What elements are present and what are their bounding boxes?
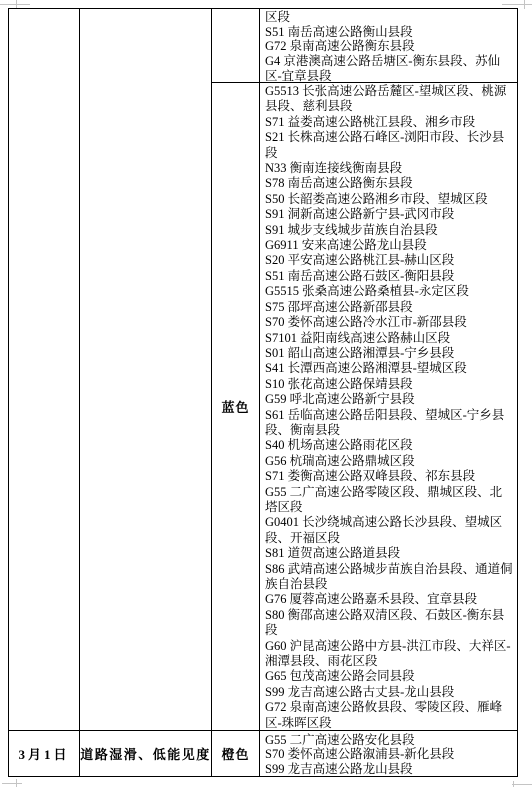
road-segment: S50 长韶娄高速公路湘乡市段、望城区段 bbox=[265, 192, 514, 207]
page-corner-mark-bottom-left-h bbox=[2, 783, 22, 784]
road-segment: G76 厦蓉高速公路嘉禾县段、宜章县段 bbox=[265, 592, 514, 607]
road-segment: S91 洞新高速公路新宁县-武冈市段 bbox=[265, 207, 514, 222]
road-segment: G56 杭瑞高速公路鼎城区段 bbox=[265, 454, 514, 469]
road-segment: S99 龙吉高速公路龙山县段 bbox=[265, 762, 514, 776]
road-segment: G0401 长沙绕城高速公路长沙县段、望城区段、开福区段 bbox=[265, 515, 514, 546]
road-segment: S91 城步支线城步苗族自治县段 bbox=[265, 223, 514, 238]
road-segment: S40 机场高速公路雨花区段 bbox=[265, 438, 514, 453]
road-segment: S51 南岳高速公路衡山县段 bbox=[265, 25, 514, 40]
road-segment: 区段 bbox=[265, 10, 514, 25]
road-segment: S41 长潭西高速公路湘潭县-望城区段 bbox=[265, 361, 514, 376]
cell-road-list-orange: G55 二广高速公路安化县段S70 娄怀高速公路溆浦县-新化县段S99 龙吉高速… bbox=[260, 731, 517, 776]
cell-alert-level-orange: 橙色 bbox=[212, 731, 260, 776]
cell-weather-type-merged-empty bbox=[80, 9, 212, 731]
road-segment: G5513 长张高速公路岳麓区-望城区段、桃源县段、慈利县段 bbox=[265, 84, 514, 115]
cell-date-merged-empty bbox=[9, 9, 80, 731]
road-segment: S71 娄衡高速公路双峰县段、祁东县段 bbox=[265, 469, 514, 484]
road-segment: S99 龙吉高速公路古丈县-龙山县段 bbox=[265, 685, 514, 700]
road-segment: S61 岳临高速公路岳阳县段、望城区-宁乡县段、衡南县段 bbox=[265, 408, 514, 439]
road-segment: G60 沪昆高速公路中方县-洪江市段、大祥区-湘潭县段、雨花区段 bbox=[265, 639, 514, 670]
page-corner-mark-top-right-h bbox=[502, 4, 532, 5]
road-segment: S70 娄怀高速公路冷水江市-新邵县段 bbox=[265, 315, 514, 330]
page-corner-mark-bottom-right-v bbox=[513, 781, 514, 787]
road-segment: S75 邵坪高速公路新邵县段 bbox=[265, 300, 514, 315]
cell-road-list-continuation: 区段S51 南岳高速公路衡山县段G72 泉南高速公路衡东县段G4 京港澳高速公路… bbox=[260, 9, 517, 83]
page-corner-mark-top-right-v bbox=[524, 0, 525, 9]
road-segment: S70 娄怀高速公路溆浦县-新化县段 bbox=[265, 747, 514, 761]
alert-level-label-blue: 蓝色 bbox=[221, 397, 249, 416]
road-segment: N33 衡南连接线衡南县段 bbox=[265, 161, 514, 176]
road-segment: G72 泉南高速公路衡东县段 bbox=[265, 39, 514, 54]
cell-alert-level-continuation bbox=[212, 9, 260, 83]
weather-type-label: 道路湿滑、低能见度 bbox=[80, 744, 211, 763]
document-page: { "document": { "background": "#ffffff",… bbox=[0, 0, 532, 787]
road-segment: S81 道贺高速公路道县段 bbox=[265, 546, 514, 561]
road-segment: G72 泉南高速公路攸县段、零陵区段、雁峰区-珠晖区段 bbox=[265, 700, 514, 731]
road-segment: G4 京港澳高速公路岳塘区-衡东县段、苏仙区-宜章县段 bbox=[265, 54, 514, 83]
road-segment: G59 呼北高速公路新宁县段 bbox=[265, 392, 514, 407]
alert-level-label-orange: 橙色 bbox=[221, 744, 249, 763]
alert-table: 区段S51 南岳高速公路衡山县段G72 泉南高速公路衡东县段G4 京港澳高速公路… bbox=[8, 8, 518, 777]
road-segment: G55 二广高速公路安化县段 bbox=[265, 733, 514, 747]
road-segment: G65 包茂高速公路会同县段 bbox=[265, 669, 514, 684]
cell-alert-level-blue: 蓝色 bbox=[212, 83, 260, 731]
cell-road-list-blue: G5513 长张高速公路岳麓区-望城区段、桃源县段、慈利县段S71 益娄高速公路… bbox=[260, 83, 517, 731]
road-segment: G6911 安来高速公路龙山县段 bbox=[265, 238, 514, 253]
road-segment: G5515 张桑高速公路桑植县-永定区段 bbox=[265, 284, 514, 299]
page-corner-mark-bottom-left-v bbox=[16, 779, 17, 787]
road-segment: S10 张花高速公路保靖县段 bbox=[265, 377, 514, 392]
page-corner-mark-bottom-right-h bbox=[512, 784, 532, 785]
road-segment: G55 二广高速公路零陵区段、鼎城区段、北塔区段 bbox=[265, 485, 514, 516]
road-segment: S51 南岳高速公路石鼓区-衡阳县段 bbox=[265, 269, 514, 284]
road-segment: S78 南岳高速公路衡东县段 bbox=[265, 176, 514, 191]
road-segment: S80 衡邵高速公路双清区段、石鼓区-衡东县段 bbox=[265, 608, 514, 639]
road-segment: S01 韶山高速公路湘潭县-宁乡县段 bbox=[265, 346, 514, 361]
cell-weather-type-orange: 道路湿滑、低能见度 bbox=[80, 731, 212, 776]
cell-date-orange: 3月1日 bbox=[9, 731, 80, 776]
page-corner-mark-top-left-h bbox=[0, 4, 30, 5]
date-label: 3月1日 bbox=[18, 744, 69, 763]
road-segment: S86 武靖高速公路城步苗族自治县段、通道侗族自治县段 bbox=[265, 562, 514, 593]
road-segment: S20 平安高速公路桃江县-赫山区段 bbox=[265, 253, 514, 268]
road-segment: S71 益娄高速公路桃江县段、湘乡市段 bbox=[265, 115, 514, 130]
road-segment: S7101 益阳南线高速公路赫山区段 bbox=[265, 331, 514, 346]
road-segment: S21 长株高速公路石峰区-浏阳市段、长沙县段 bbox=[265, 130, 514, 161]
